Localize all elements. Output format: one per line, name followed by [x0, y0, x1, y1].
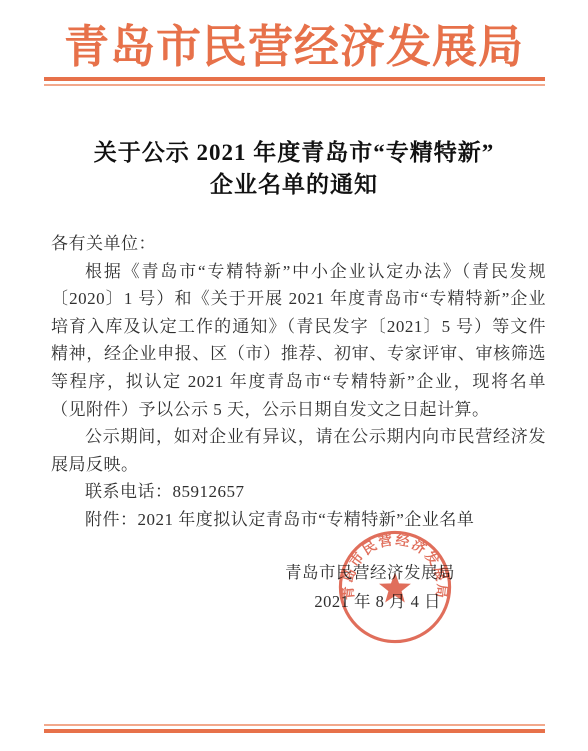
letterhead-rule-thick — [44, 77, 545, 81]
document-page: 青岛市民营经济发展局 关于公示 2021 年度青岛市“专精特新” 企业名单的通知… — [0, 0, 588, 751]
letterhead-org-name: 青岛市民营经济发展局 — [0, 22, 588, 72]
footer-rule-thick — [44, 729, 545, 733]
letterhead-rule-thin — [44, 84, 545, 86]
paragraph-contact-phone: 联系电话：85912657 — [51, 478, 546, 506]
signature-org-name: 青岛市民营经济发展局 — [285, 559, 455, 588]
document-body: 各有关单位： 根据《青岛市“专精特新”中小企业认定办法》（青民发规〔2020〕1… — [51, 230, 546, 534]
signature-block: 青岛市民营经济发展局 2021 年 8 月 4 日 — [285, 559, 455, 616]
paragraph-objection: 公示期间，如对企业有异议，请在公示期内向市民营经济发展局反映。 — [51, 423, 546, 478]
document-title-line1: 关于公示 2021 年度青岛市“专精特新” — [94, 140, 495, 165]
document-title-line2: 企业名单的通知 — [210, 172, 378, 197]
salutation: 各有关单位： — [51, 230, 546, 258]
document-title: 关于公示 2021 年度青岛市“专精特新” 企业名单的通知 — [0, 137, 588, 201]
paragraph-basis: 根据《青岛市“专精特新”中小企业认定办法》（青民发规〔2020〕1 号）和《关于… — [51, 258, 546, 424]
paragraph-attachment: 附件：2021 年度拟认定青岛市“专精特新”企业名单 — [51, 506, 546, 534]
signature-date: 2021 年 8 月 4 日 — [285, 588, 455, 617]
footer-rule-thin — [44, 724, 545, 726]
